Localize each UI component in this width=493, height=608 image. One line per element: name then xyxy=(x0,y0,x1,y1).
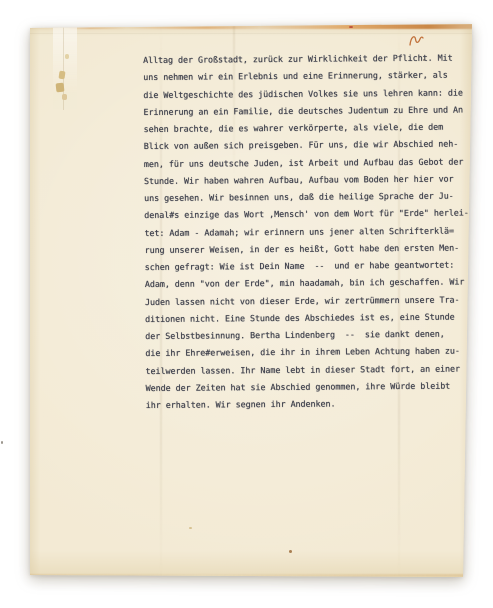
typewritten-line: ihr erhalten. Wir segnen ihr Andenken. xyxy=(146,394,472,414)
typewritten-line: Wende der Zeiten hat sie Abschied genomm… xyxy=(146,377,472,397)
typewritten-line: Adam, denn "von der Erde", min haadamah,… xyxy=(145,274,471,294)
glue-fleck xyxy=(58,71,65,80)
glue-fleck xyxy=(56,83,65,93)
scanned-document-scene: Alltag der Großstadt, zurück zur Wirklic… xyxy=(0,0,493,608)
typewritten-line: teilwerden lassen. Ihr Name lebt in dies… xyxy=(145,360,471,380)
paper-sheet: Alltag der Großstadt, zurück zur Wirklic… xyxy=(29,24,473,578)
typewritten-line: uns nehmen wir ein Erlebnis und eine Eri… xyxy=(143,67,469,87)
background-speck xyxy=(1,441,3,444)
typewritten-line: men, für uns deutsche Juden, ist Arbeit … xyxy=(144,153,470,173)
orange-pen-squiggle-mark xyxy=(407,32,427,48)
glue-fleck xyxy=(62,94,67,100)
typewritten-line: tet: Adam - Adamah; wir erinnern uns jen… xyxy=(144,222,470,242)
typewritten-line: Blick von außen sich preisgeben. Für uns… xyxy=(144,136,470,156)
tan-speck xyxy=(189,527,192,529)
brown-speck xyxy=(289,550,292,553)
paper-shadow-wrap: Alltag der Großstadt, zurück zur Wirklic… xyxy=(0,0,493,608)
typewritten-line: denal#s einzige das Wort ,Mensch' von de… xyxy=(144,205,470,225)
typewritten-text-block: Alltag der Großstadt, zurück zur Wirklic… xyxy=(143,49,472,414)
red-speck xyxy=(349,26,353,28)
glue-fleck xyxy=(65,54,69,59)
typewritten-line: die ihr Ehre#erweisen, die ihr in ihrem … xyxy=(145,343,471,363)
top-deckle-edge xyxy=(29,24,473,29)
typewritten-line: die Weltgeschichte des jüdischen Volkes … xyxy=(143,84,469,104)
typewritten-line: Juden lassen nicht von dieser Erde, wir … xyxy=(145,291,471,311)
